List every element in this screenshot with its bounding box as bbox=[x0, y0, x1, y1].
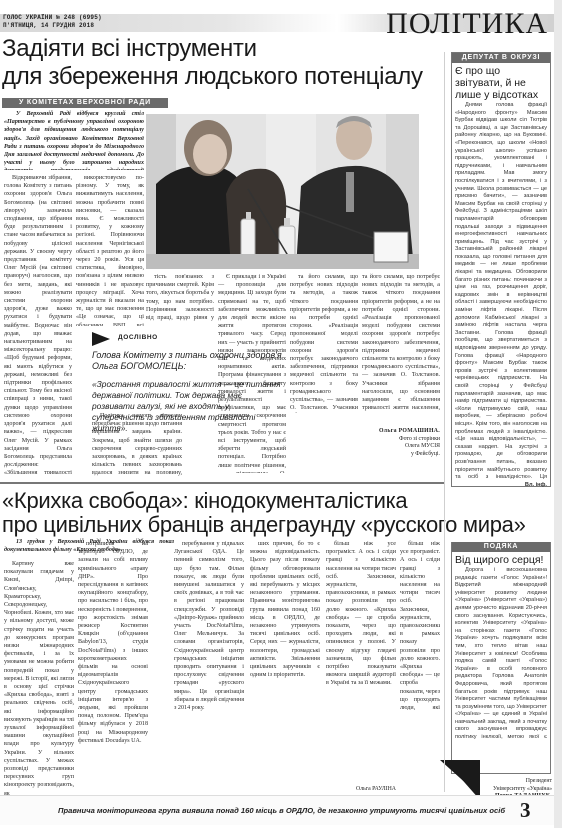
photo-illustration bbox=[146, 114, 419, 269]
article2-column-4: ших причин, бо то є можна відповідальніс… bbox=[250, 540, 320, 796]
sidebar-deputy-rubric: ДЕПУТАТ В ОКРУЗІ bbox=[452, 53, 550, 63]
footer-teaser[interactable]: Правнича моніторингова група виявила пон… bbox=[58, 806, 505, 815]
article2-column-3: перебування у підвалах Луганської ОДА. Ц… bbox=[174, 540, 244, 796]
article2-column-1: Картину вже показували глядачам у Києві,… bbox=[4, 560, 74, 796]
article2-headline-line1[interactable]: «Крихка свобода»: кінодокументалістика bbox=[2, 488, 407, 514]
article2-column-2: потрапили на територію ОРДЛО, де зазнали… bbox=[78, 540, 148, 796]
article2-headline-line2[interactable]: про цивільних бранців андеграунду «русск… bbox=[2, 512, 526, 538]
article2-column-6: більш ніж усе програміст. А ось і сліди … bbox=[400, 540, 440, 710]
sidebar-thanks-title[interactable]: Від щирого серця! bbox=[452, 552, 550, 567]
article1-headline-line1[interactable]: Задіяти всі інструменти bbox=[2, 36, 257, 62]
sidebar-thanks: ПОДЯКА Від щирого серця! Дорога і високо… bbox=[451, 542, 551, 774]
photo-credit-author: Олега МУСІЯ bbox=[362, 443, 440, 451]
article1-column-2: використовуємо по-різному. У тому, як ви… bbox=[76, 174, 144, 326]
triangle-icon bbox=[92, 332, 110, 351]
photo-credit-label: Фото зі сторінки bbox=[362, 436, 440, 444]
article1-rubric: У КОМІТЕТАХ ВЕРХОВНОЇ РАДИ bbox=[2, 98, 168, 108]
article1-headline-line2[interactable]: для збереження людського потенціалу bbox=[2, 64, 423, 90]
article1-column-5b: та його силами, що потребує нових підход… bbox=[362, 273, 440, 413]
quote-tag: ДОСЛІВНО bbox=[92, 332, 282, 344]
photo-credit-source: у Фейсбуці. bbox=[362, 451, 440, 459]
article1-column-5: та його силами, що потребує нових підход… bbox=[290, 273, 358, 413]
article1-lead: У Верховній Раді відбувся круглий стіл «… bbox=[4, 110, 144, 170]
page-number: 3 bbox=[520, 798, 531, 823]
sidebar-deputy-text: Днями голова фракції «Народного фронту» … bbox=[452, 102, 550, 482]
sidebar-thanks-rubric: ПОДЯКА bbox=[452, 542, 550, 552]
article1-column-3: тість пов'язаних з причинами смертей. Кр… bbox=[146, 273, 214, 323]
issue-info: ГОЛОС УКРАЇНИ № 248 (6995) П'ЯТНИЦЯ, 14 … bbox=[3, 14, 102, 30]
article2-column-5: більш ніж усе програміст. А ось і сліди … bbox=[326, 540, 396, 785]
issue-date: П'ЯТНИЦЯ, 14 ГРУДНЯ 2018 bbox=[3, 22, 102, 30]
sidebar-thanks-text: Дорога і високошановна редакціє газети «… bbox=[452, 567, 550, 739]
sidebar-deputy: ДЕПУТАТ В ОКРУЗІ Є про що звітувати, й н… bbox=[451, 52, 551, 487]
quote-speaker: Голова Комітету з питань охорони здоров'… bbox=[92, 350, 282, 372]
quote-block: ДОСЛІВНО Голова Комітету з питань охорон… bbox=[92, 332, 282, 434]
article1-signature: Ольга РОМАШИНА. Фото зі сторінки Олега М… bbox=[362, 428, 440, 458]
sidebar-deputy-signature: Вл. інф. bbox=[452, 482, 550, 490]
article2-signature: Ольга РАУЛІНА bbox=[326, 786, 396, 794]
column-rule bbox=[444, 52, 445, 792]
quote-text: «Зростання тривалості життя — це питання… bbox=[92, 379, 282, 434]
author-name: Ольга РОМАШИНА. bbox=[379, 428, 440, 434]
issue-number: ГОЛОС УКРАЇНИ № 248 (6995) bbox=[3, 14, 102, 22]
article1-photo[interactable] bbox=[146, 114, 419, 269]
page-edge bbox=[554, 0, 562, 828]
sidebar-deputy-title[interactable]: Є про що звітувати, й не лише у відсотка… bbox=[452, 63, 550, 102]
section-divider bbox=[0, 482, 444, 484]
article1-column-1: Відкриваючи зібрання, голова Комітету з … bbox=[4, 174, 72, 474]
section-title: ПОЛІТИКА bbox=[386, 10, 548, 38]
